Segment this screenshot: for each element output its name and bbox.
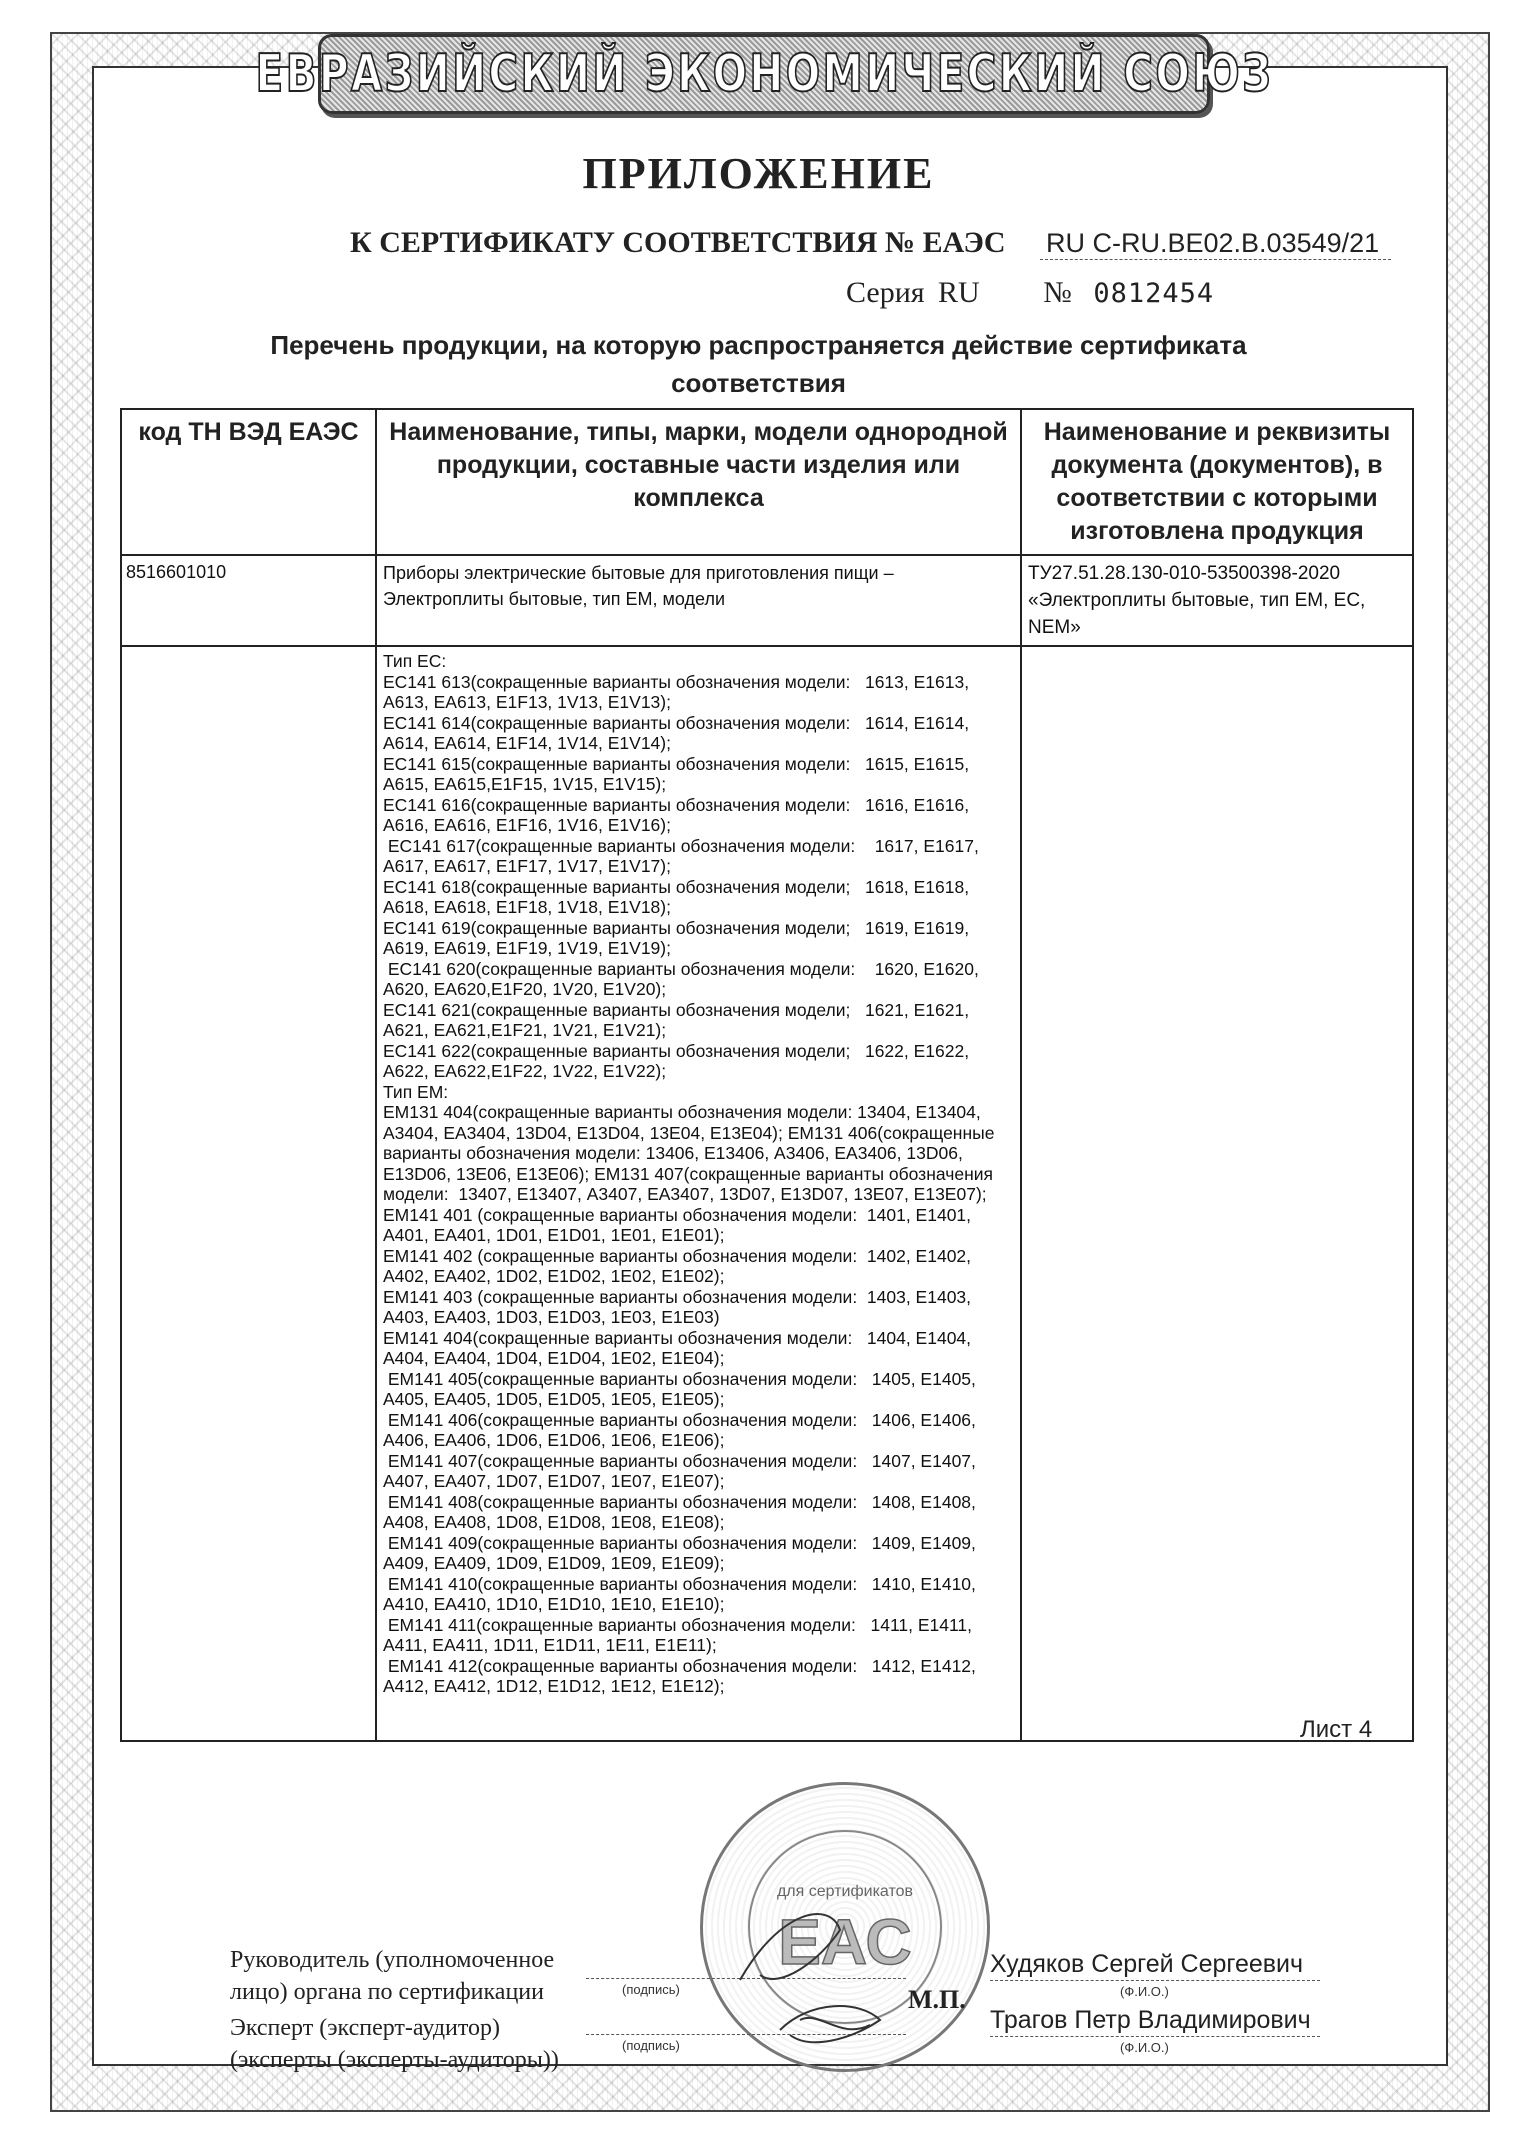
model-list-item: ЕС141 615(сокращенные варианты обозначен…: [383, 754, 1014, 795]
head-label: Руководитель (уполномоченное лицо) орган…: [230, 1944, 554, 2008]
row-name: Приборы электрические бытовые для пригот…: [376, 555, 1021, 646]
product-table: код ТН ВЭД ЕАЭС Наименование, типы, марк…: [120, 408, 1414, 1742]
page-title: ПРИЛОЖЕНИЕ: [0, 148, 1517, 199]
expert-label-line1: Эксперт (эксперт-аудитор): [230, 2012, 559, 2044]
series-value: RU: [938, 276, 980, 309]
model-list-item: ЕС141 621(сокращенные варианты обозначен…: [383, 1000, 1014, 1041]
banner-text: ЕВРАЗИЙСКИЙ ЭКОНОМИЧЕСКИЙ СОЮЗ: [255, 44, 1273, 104]
stamp-inner-text: для сертификатов: [703, 1883, 987, 1901]
model-list-item: Тип ЕС:: [383, 651, 1014, 672]
head-label-line2: лицо) органа по сертификации: [230, 1976, 554, 2008]
model-list-item: ЕС141 614(сокращенные варианты обозначен…: [383, 713, 1014, 754]
handwritten-signature-icon: [720, 1900, 920, 2060]
table-row: 8516601010 Приборы электрические бытовые…: [121, 555, 1413, 646]
head-fio-line: [990, 1980, 1320, 1981]
table-row: Тип ЕС:ЕС141 613(сокращенные варианты об…: [121, 646, 1413, 1741]
footer-band: [92, 2068, 1448, 2108]
model-list-item: ЕМ141 404(сокращенные варианты обозначен…: [383, 1328, 1014, 1369]
model-list-item: ЕМ141 410(сокращенные варианты обозначен…: [383, 1574, 1014, 1615]
blank-number: 0812454: [1093, 278, 1214, 309]
model-list-item: ЕС141 622(сокращенные варианты обозначен…: [383, 1041, 1014, 1082]
series-label: Серия: [846, 276, 925, 309]
header-code: код ТН ВЭД ЕАЭС: [121, 409, 376, 555]
row-code-empty: [121, 646, 376, 1741]
certificate-prefix: К СЕРТИФИКАТУ СООТВЕТСТВИЯ № ЕАЭС: [350, 226, 1006, 260]
model-list-item: ЕС141 613(сокращенные варианты обозначен…: [383, 672, 1014, 713]
header-document: Наименование и реквизиты документа (доку…: [1021, 409, 1413, 555]
expert-fio-caption: (Ф.И.О.): [1120, 2040, 1169, 2055]
list-title-line2: соответствия: [0, 364, 1517, 402]
series-line: Серия RU № 0812454: [846, 276, 1214, 310]
head-fio-caption: (Ф.И.О.): [1120, 1984, 1169, 1999]
head-name: Худяков Сергей Сергеевич: [990, 1950, 1303, 1979]
head-signature-caption: (подпись): [622, 1982, 680, 1997]
expert-label: Эксперт (эксперт-аудитор) (эксперты (экс…: [230, 2012, 559, 2076]
row-code: 8516601010: [121, 555, 376, 646]
expert-fio-line: [990, 2036, 1320, 2037]
number-label: №: [1043, 276, 1072, 309]
model-list-item: ЕС141 617(сокращенные варианты обозначен…: [383, 836, 1014, 877]
model-list-item: ЕМ141 407(сокращенные варианты обозначен…: [383, 1451, 1014, 1492]
table-header-row: код ТН ВЭД ЕАЭС Наименование, типы, марк…: [121, 409, 1413, 555]
model-list-item: ЕС141 619(сокращенные варианты обозначен…: [383, 918, 1014, 959]
models-list: Тип ЕС:ЕС141 613(сокращенные варианты об…: [383, 651, 1014, 1697]
union-banner: ЕВРАЗИЙСКИЙ ЭКОНОМИЧЕСКИЙ СОЮЗ: [318, 34, 1210, 114]
model-list-item: ЕМ131 404(сокращенные варианты обозначен…: [383, 1102, 1014, 1205]
model-list-item: ЕМ141 405(сокращенные варианты обозначен…: [383, 1369, 1014, 1410]
head-label-line1: Руководитель (уполномоченное: [230, 1944, 554, 1976]
model-list-item: ЕС141 620(сокращенные варианты обозначен…: [383, 959, 1014, 1000]
models-cell: Тип ЕС:ЕС141 613(сокращенные варианты об…: [376, 646, 1021, 1741]
seal-mark: М.П.: [908, 1985, 966, 2015]
expert-name: Трагов Петр Владимирович: [990, 2006, 1311, 2035]
header-name: Наименование, типы, марки, модели одноро…: [376, 409, 1021, 555]
model-list-item: ЕМ141 412(сокращенные варианты обозначен…: [383, 1656, 1014, 1697]
model-list-item: ЕС141 618(сокращенные варианты обозначен…: [383, 877, 1014, 918]
model-list-item: ЕМ141 409(сокращенные варианты обозначен…: [383, 1533, 1014, 1574]
list-title: Перечень продукции, на которую распростр…: [0, 326, 1517, 402]
model-list-item: ЕМ141 408(сокращенные варианты обозначен…: [383, 1492, 1014, 1533]
sheet-number: Лист 4: [1300, 1716, 1372, 1744]
row-document: ТУ27.51.28.130-010-53500398-2020 «Электр…: [1021, 555, 1413, 646]
model-list-item: ЕМ141 401 (сокращенные варианты обозначе…: [383, 1205, 1014, 1246]
model-list-item: ЕМ141 406(сокращенные варианты обозначен…: [383, 1410, 1014, 1451]
row-document-empty: [1021, 646, 1413, 1741]
certificate-number: RU C-RU.BE02.B.03549/21: [1040, 228, 1391, 260]
list-title-line1: Перечень продукции, на которую распростр…: [0, 326, 1517, 364]
model-list-item: ЕМ141 411(сокращенные варианты обозначен…: [383, 1615, 1014, 1656]
model-list-item: ЕМ141 402 (сокращенные варианты обозначе…: [383, 1246, 1014, 1287]
model-list-item: ЕМ141 403 (сокращенные варианты обозначе…: [383, 1287, 1014, 1328]
model-list-item: Тип ЕМ:: [383, 1082, 1014, 1103]
model-list-item: ЕС141 616(сокращенные варианты обозначен…: [383, 795, 1014, 836]
expert-signature-caption: (подпись): [622, 2038, 680, 2053]
